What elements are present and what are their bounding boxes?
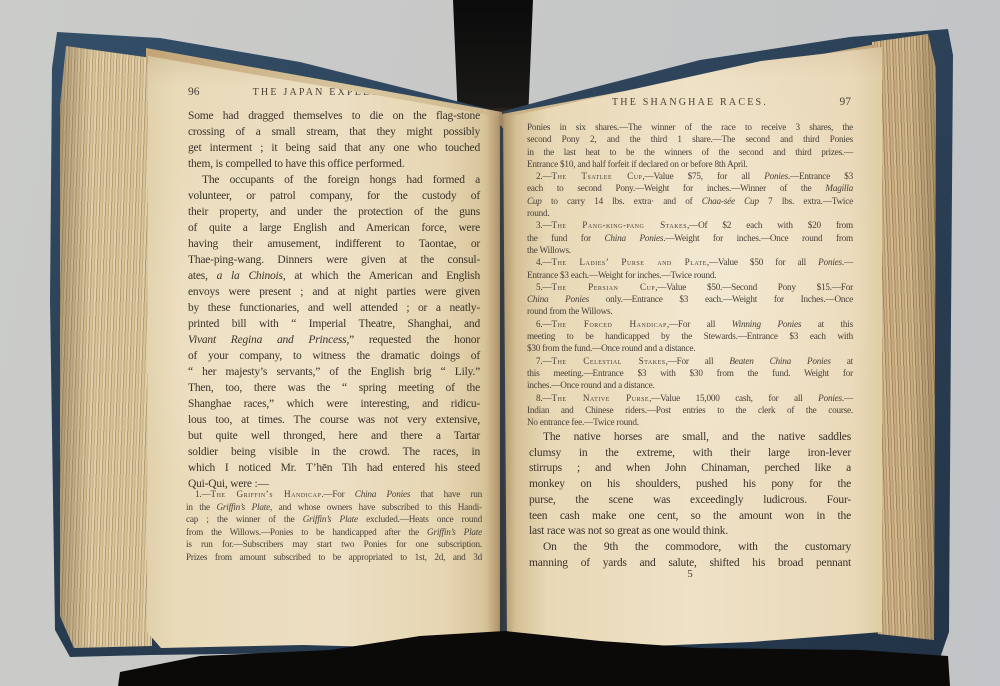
text-line: Vivant Regina and Princess,” requested t… (188, 332, 480, 348)
page-number-left: 96 (188, 86, 206, 98)
text-line: Prizes from amount subscribed to be appr… (186, 551, 482, 564)
text-line: each to second Pony.—Weight for inches.—… (527, 182, 853, 194)
text-line: of your company, to witness the dramatic… (188, 348, 480, 364)
text-line: in the last heat to be the winners of th… (527, 146, 853, 158)
text-line: the Willows. (527, 244, 853, 256)
text-line: but quite well thronged, here and there … (188, 428, 480, 444)
text-line: cap ; the winner of the Griffin’s Plate … (186, 513, 482, 526)
text-line: crossing of a small stream, that they mi… (188, 124, 480, 140)
text-line: 1.—The Griffin’s Handicap.—For China Pon… (186, 488, 482, 501)
text-line: monkey on his shoulders, pushed his pony… (529, 477, 851, 493)
right-page: THE SHANGHAE RACES. 97 Ponies in six sha… (501, 40, 882, 654)
text-line: No entrance fee.—Twice round. (527, 416, 853, 428)
text-line: 6.—The Forced Handicap,—For all Winning … (527, 318, 853, 330)
text-line: having their amusement, indifferent to T… (188, 236, 480, 252)
right-page-race-list: Ponies in six shares.—The winner of the … (527, 121, 853, 428)
text-line: 2.—The Tsatlee Cup,—Value $75, for all P… (527, 170, 853, 182)
left-page-body-text: Some had dragged themselves to die on th… (188, 108, 480, 492)
text-line: China Ponies only.—Entrance $3 each.—Wei… (527, 293, 853, 305)
book-stand-strip (451, 0, 535, 120)
text-line: this meeting.—Entrance $3 with $30 from … (527, 367, 853, 379)
text-line: On the 9th the commodore, with the custo… (529, 540, 851, 556)
text-line: printed bill with “ Imperial Theatre, Sh… (188, 316, 480, 332)
text-line: is run for.—Subscribers may start two Po… (186, 538, 482, 551)
text-line: them, is compelled to have this office p… (188, 156, 480, 172)
text-line: “ her majesty’s servants,” of the Englis… (188, 364, 480, 380)
text-line: $30 from the fund.—Once round and a dist… (527, 342, 853, 354)
text-line: Ponies in six shares.—The winner of the … (527, 121, 853, 133)
right-page-body-text: The native horses are small, and the nat… (529, 430, 851, 571)
text-line: meeting to be handicapped by the Steward… (527, 330, 853, 342)
text-line: the fund for China Ponies.—Weight for in… (527, 232, 853, 244)
text-line: soldier being visible in the crowd. The … (188, 444, 480, 460)
book-photo: 96 THE JAPAN EXPEDITION. Some had dragge… (0, 0, 1000, 686)
text-line: teen cash make one cent, so the amount w… (529, 509, 851, 525)
text-line: envoys were present ; and at night parti… (188, 284, 480, 300)
text-line: inches.—Once round and a distance. (527, 379, 853, 391)
text-line: purse, the scene was exceedingly ludicro… (529, 493, 851, 509)
text-line: Entrance $3 each.—Weight for inches.—Twi… (527, 269, 853, 281)
text-line: Cup to carry 14 lbs. extra· and of Chaa-… (527, 195, 853, 207)
running-title-right: THE SHANGHAE RACES. (612, 97, 768, 108)
text-line: round from the Willows. (527, 305, 853, 317)
text-line: stirrups ; and when John Chinaman, perch… (529, 461, 851, 477)
text-line: ates, a la Chinois, at which the America… (188, 268, 480, 284)
text-line: get interment ; it being said that any o… (188, 140, 480, 156)
text-line: Indian and Chinese riders.—Post entries … (527, 404, 853, 416)
text-line: lous too, at times. The course was not v… (188, 412, 480, 428)
page-number-right: 97 (833, 96, 851, 108)
text-line: 3.—The Pang-king-pang Stakes,—Of $2 each… (527, 219, 853, 231)
text-line: second Pony 2, and the third 1 share.—Th… (527, 133, 853, 145)
signature-mark: 5 (529, 568, 851, 580)
left-page-race-list: 1.—The Griffin’s Handicap.—For China Pon… (186, 488, 482, 563)
page-edge-stack-left (58, 36, 152, 652)
text-line: which I noticed Mr. T’hēn Tih had entere… (188, 460, 480, 476)
text-line: from the Willows.—Ponies to be handicapp… (186, 526, 482, 539)
text-line: 5.—The Persian Cup,—Value $50.—Second Po… (527, 281, 853, 293)
text-line: 4.—The Ladies’ Purse and Plate,—Value $5… (527, 256, 853, 268)
text-line: 8.—The Native Purse,—Value 15,000 cash, … (527, 392, 853, 404)
text-line: their property, and under the protection… (188, 204, 480, 220)
text-line: Some had dragged themselves to die on th… (188, 108, 480, 124)
text-line: The native horses are small, and the nat… (529, 430, 851, 446)
text-line: last race was not so great as one would … (529, 524, 851, 540)
text-line: in the Griffin’s Plate, and whose owners… (186, 501, 482, 514)
text-line: by these functionaries, and well attende… (188, 300, 480, 316)
text-line: Thae-ping-wang. Dinners were given at th… (188, 252, 480, 268)
text-line: volunteer, or patrol company, for the cu… (188, 188, 480, 204)
text-line: 7.—The Celestial Stakes,—For all Beaten … (527, 355, 853, 367)
text-line: The occupants of the foreign hongs had f… (188, 172, 480, 188)
text-line: clumsy in the extreme, with their large … (529, 446, 851, 462)
text-line: Then, too, there was the “ spring meetin… (188, 380, 480, 396)
left-page: 96 THE JAPAN EXPEDITION. Some had dragge… (143, 50, 500, 652)
text-line: round. (527, 207, 853, 219)
text-line: Shanghae races,” which were interesting,… (188, 396, 480, 412)
text-line: Entrance $10, and half forfeit if declar… (527, 158, 853, 170)
text-line: of quite a large English and American fo… (188, 220, 480, 236)
